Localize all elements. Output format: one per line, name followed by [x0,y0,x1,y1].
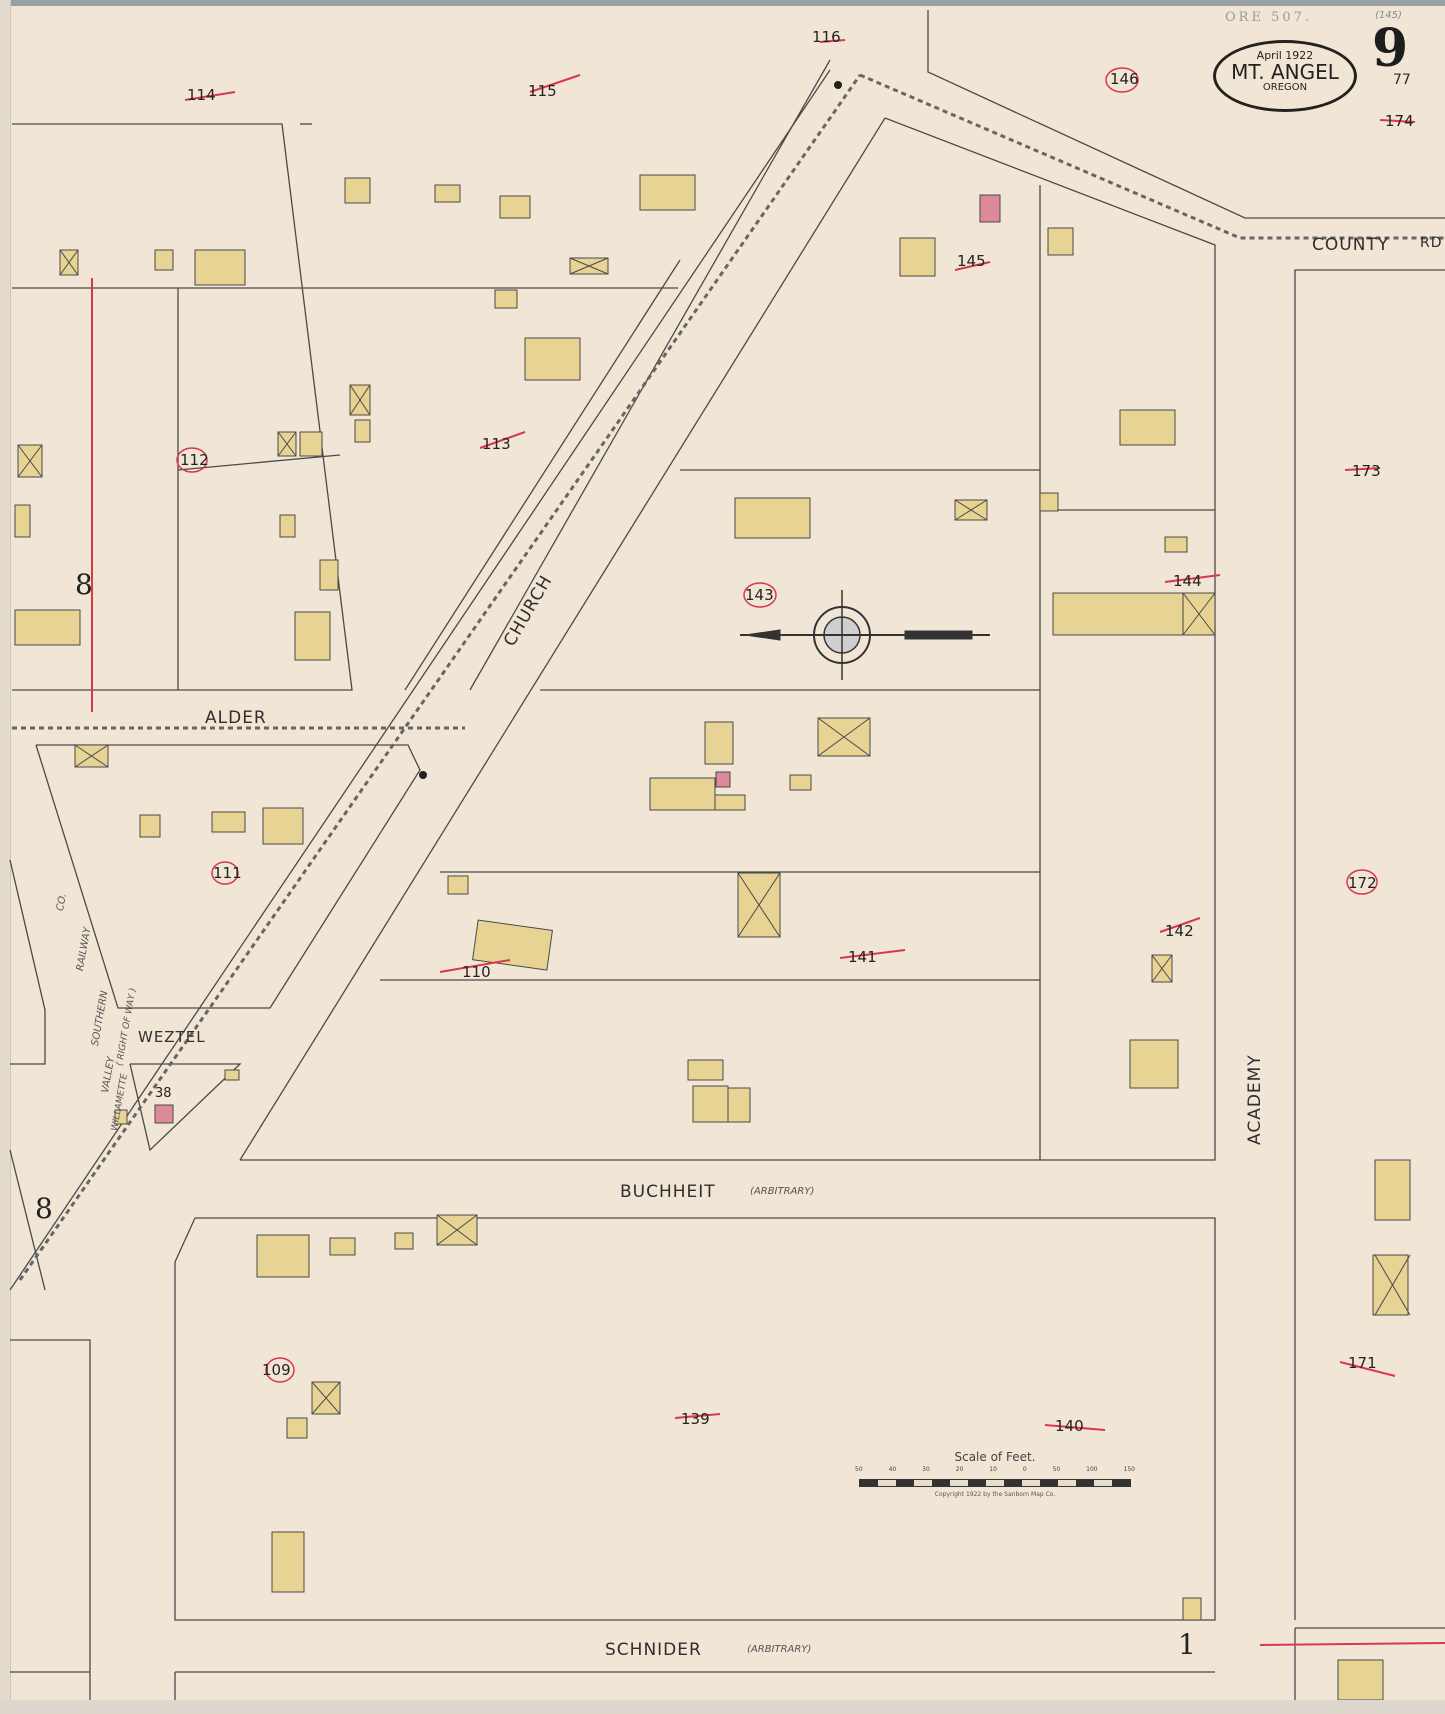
scale-title: Scale of Feet. [855,1450,1135,1464]
block-116: 116 [812,28,841,46]
street-buchheit: BUCHHEIT [620,1182,716,1202]
copyright-notice: Copyright 1922 by the Sanborn Map Co. [855,1491,1135,1498]
block-172: 172 [1348,874,1377,892]
street-alder: ALDER [205,708,267,728]
block-174: 174 [1385,112,1414,130]
street-schnider: SCHNIDER [605,1640,702,1660]
street-county-rd: RD [1420,235,1443,251]
block-114: 114 [187,86,216,104]
adjoining-sheet-8-bottom: 8 [35,1192,53,1225]
block-139: 139 [681,1410,710,1428]
street-county: COUNTY [1312,235,1389,255]
block-141: 141 [848,948,877,966]
block-173: 173 [1352,462,1381,480]
map-city: MT. ANGEL [1216,62,1354,82]
scale-of-feet: Scale of Feet. 50 40 30 20 10 0 50 100 1… [855,1450,1135,1498]
scan-bottom-edge [0,1700,1445,1714]
sanborn-map: ORE 507. (145) April 1922 MT. ANGEL OREG… [0,0,1445,1714]
block-143: 143 [745,586,774,604]
block-110: 110 [462,963,491,981]
map-linework [0,0,1445,1714]
catalog-stamp: ORE 507. [1225,10,1312,25]
sheet-number: 9 [1372,18,1408,79]
block-113: 113 [482,435,511,453]
block-171: 171 [1348,1354,1377,1372]
block-38: 38 [155,1086,172,1101]
block-109: 109 [262,1361,291,1379]
scale-ticks: 50 40 30 20 10 0 50 100 150 [855,1466,1135,1473]
street-academy: ACADEMY [1245,1054,1265,1145]
street-schnider-note: (ARBITRARY) [747,1644,811,1655]
adjoining-sheet-8-top: 8 [75,568,93,601]
sheet-sub-number: 77 [1393,72,1411,88]
street-buchheit-note: (ARBITRARY) [750,1186,814,1197]
block-111: 111 [213,864,242,882]
block-144: 144 [1173,572,1202,590]
scale-bar [859,1479,1131,1487]
adjoining-sheet-1: 1 [1178,1628,1196,1661]
block-146: 146 [1110,70,1139,88]
compass-rose-icon [740,590,990,680]
street-weztel: WEZTEL [138,1028,206,1046]
block-112: 112 [180,451,209,469]
block-140: 140 [1055,1417,1084,1435]
block-145: 145 [957,252,986,270]
title-cartouche: April 1922 MT. ANGEL OREGON [1213,40,1357,112]
block-115: 115 [528,82,557,100]
block-142: 142 [1165,922,1194,940]
